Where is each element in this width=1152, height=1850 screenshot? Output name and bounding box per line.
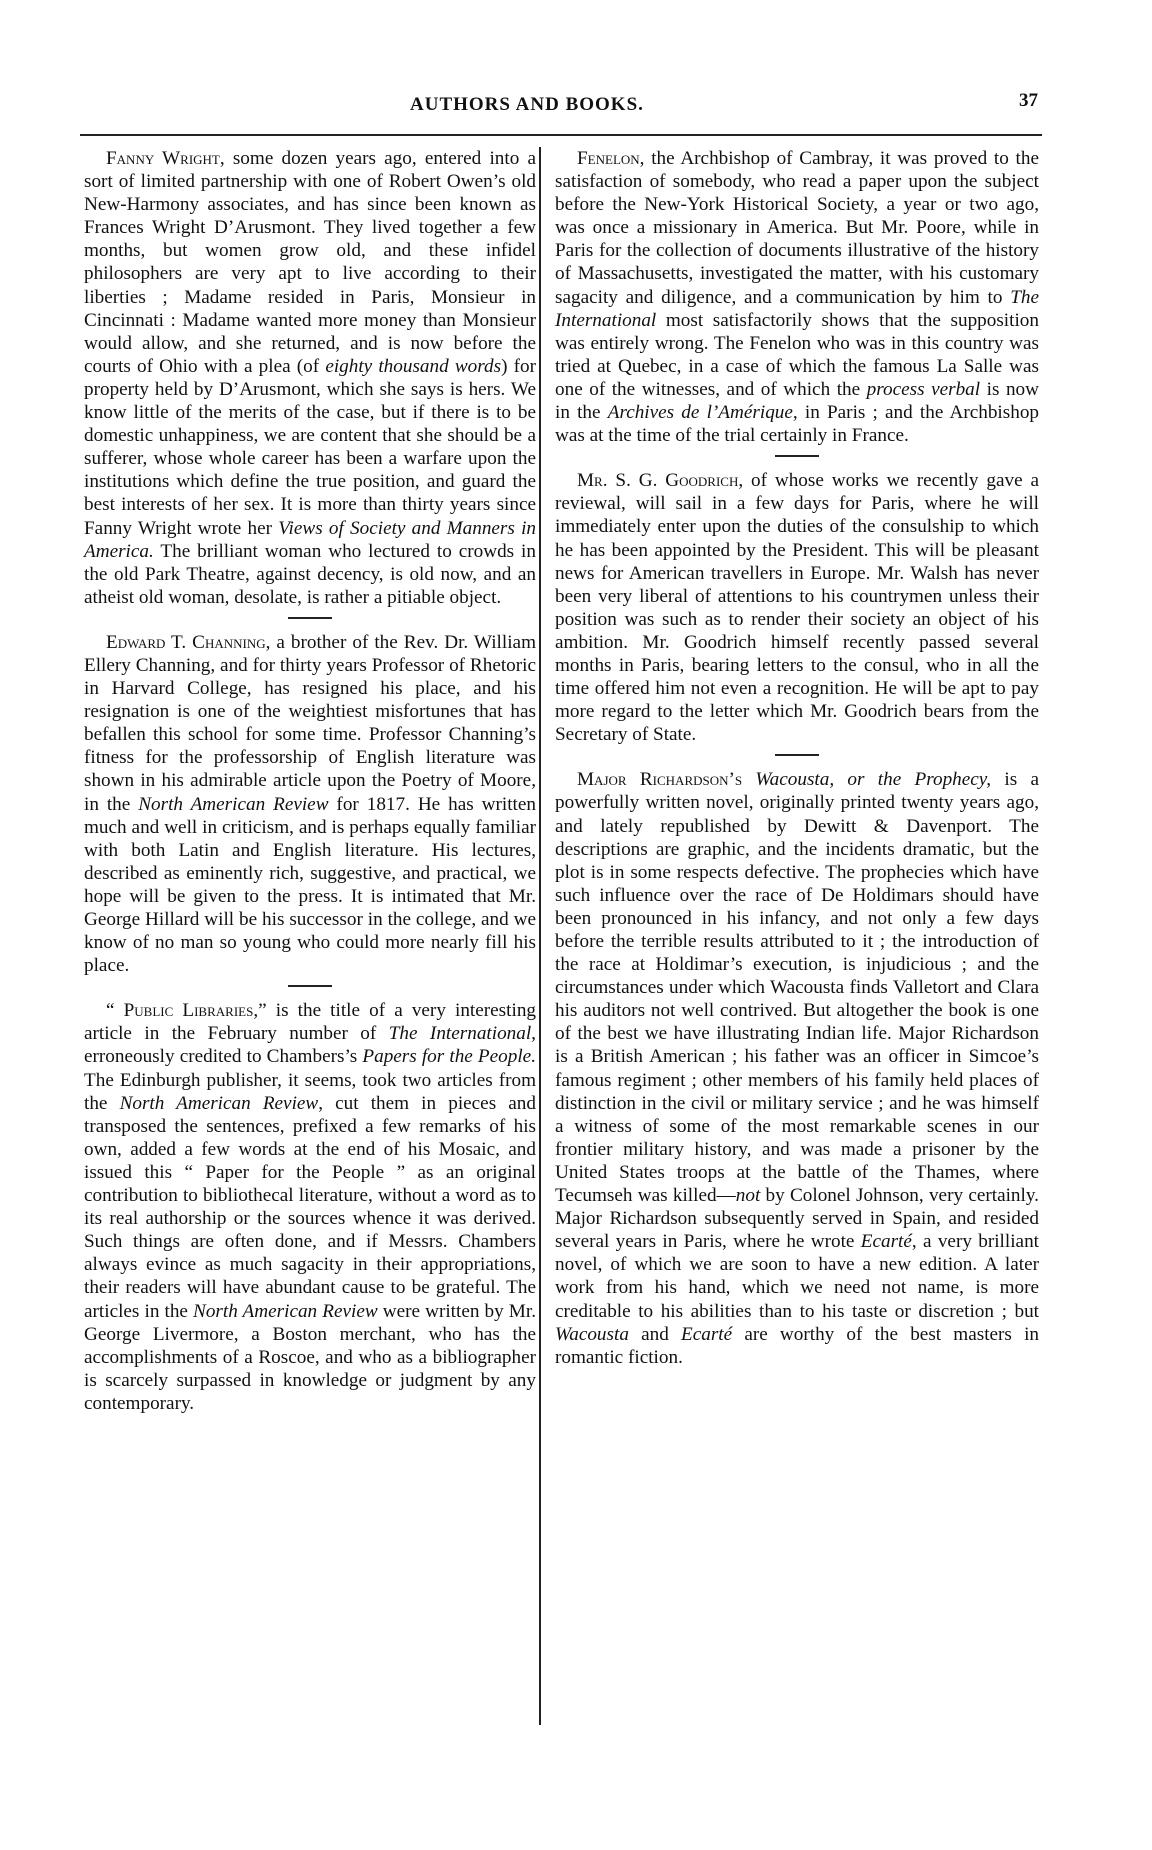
italic-title: The International: [555, 287, 1039, 331]
italic-title: process verbal: [867, 379, 980, 400]
article-fanny-wright: Fanny Wright, some dozen years ago, ente…: [84, 147, 536, 609]
article-lead: Mr. S. G. Goodrich: [577, 470, 738, 491]
column-divider: [539, 147, 541, 1725]
italic-title: Wacousta: [555, 1324, 629, 1345]
running-title: AUTHORS AND BOOKS.: [410, 94, 644, 116]
italic-title: North American Review: [138, 794, 328, 815]
article-lead: Major Richardson’s: [577, 769, 742, 790]
left-column: Fanny Wright, some dozen years ago, ente…: [84, 147, 536, 1415]
italic-title: North American Review: [120, 1093, 319, 1114]
italic-title: Ecarté: [681, 1324, 732, 1345]
italic-title: not: [736, 1185, 761, 1206]
section-separator: [775, 754, 819, 756]
italic-title: Views of Society and Manners in America.: [84, 518, 536, 562]
article-goodrich: Mr. S. G. Goodrich, of whose works we re…: [555, 469, 1039, 746]
running-head: AUTHORS AND BOOKS. 37: [80, 90, 1042, 120]
italic-title: Ecarté: [861, 1231, 912, 1252]
italic-title: Archives de l’Amérique: [608, 402, 793, 423]
italic-title: eighty thousand words: [325, 356, 501, 377]
article-lead: “ Public Libraries,”: [106, 1000, 267, 1021]
article-lead: Edward T. Channing: [106, 632, 266, 653]
section-separator: [288, 617, 332, 619]
right-column: Fenelon, the Archbishop of Cambray, it w…: [555, 147, 1039, 1369]
header-rule: [80, 134, 1042, 136]
article-public-libraries: “ Public Libraries,” is the title of a v…: [84, 999, 536, 1415]
section-separator: [775, 455, 819, 457]
book-page: AUTHORS AND BOOKS. 37 Fanny Wright, some…: [0, 0, 1152, 1850]
italic-title: Papers for the People.: [362, 1046, 536, 1067]
article-lead: Fenelon: [577, 148, 640, 169]
page-number: 37: [1019, 90, 1038, 112]
article-lead: Fanny Wright: [106, 148, 220, 169]
italic-title: North American Review: [193, 1301, 378, 1322]
article-richardson: Major Richardson’s Wacousta, or the Prop…: [555, 768, 1039, 1368]
article-edward-channing: Edward T. Channing, a brother of the Rev…: [84, 631, 536, 977]
italic-title: The International,: [389, 1023, 536, 1044]
section-separator: [288, 985, 332, 987]
article-fenelon: Fenelon, the Archbishop of Cambray, it w…: [555, 147, 1039, 447]
italic-title: Wacousta, or the Prophecy,: [755, 769, 991, 790]
